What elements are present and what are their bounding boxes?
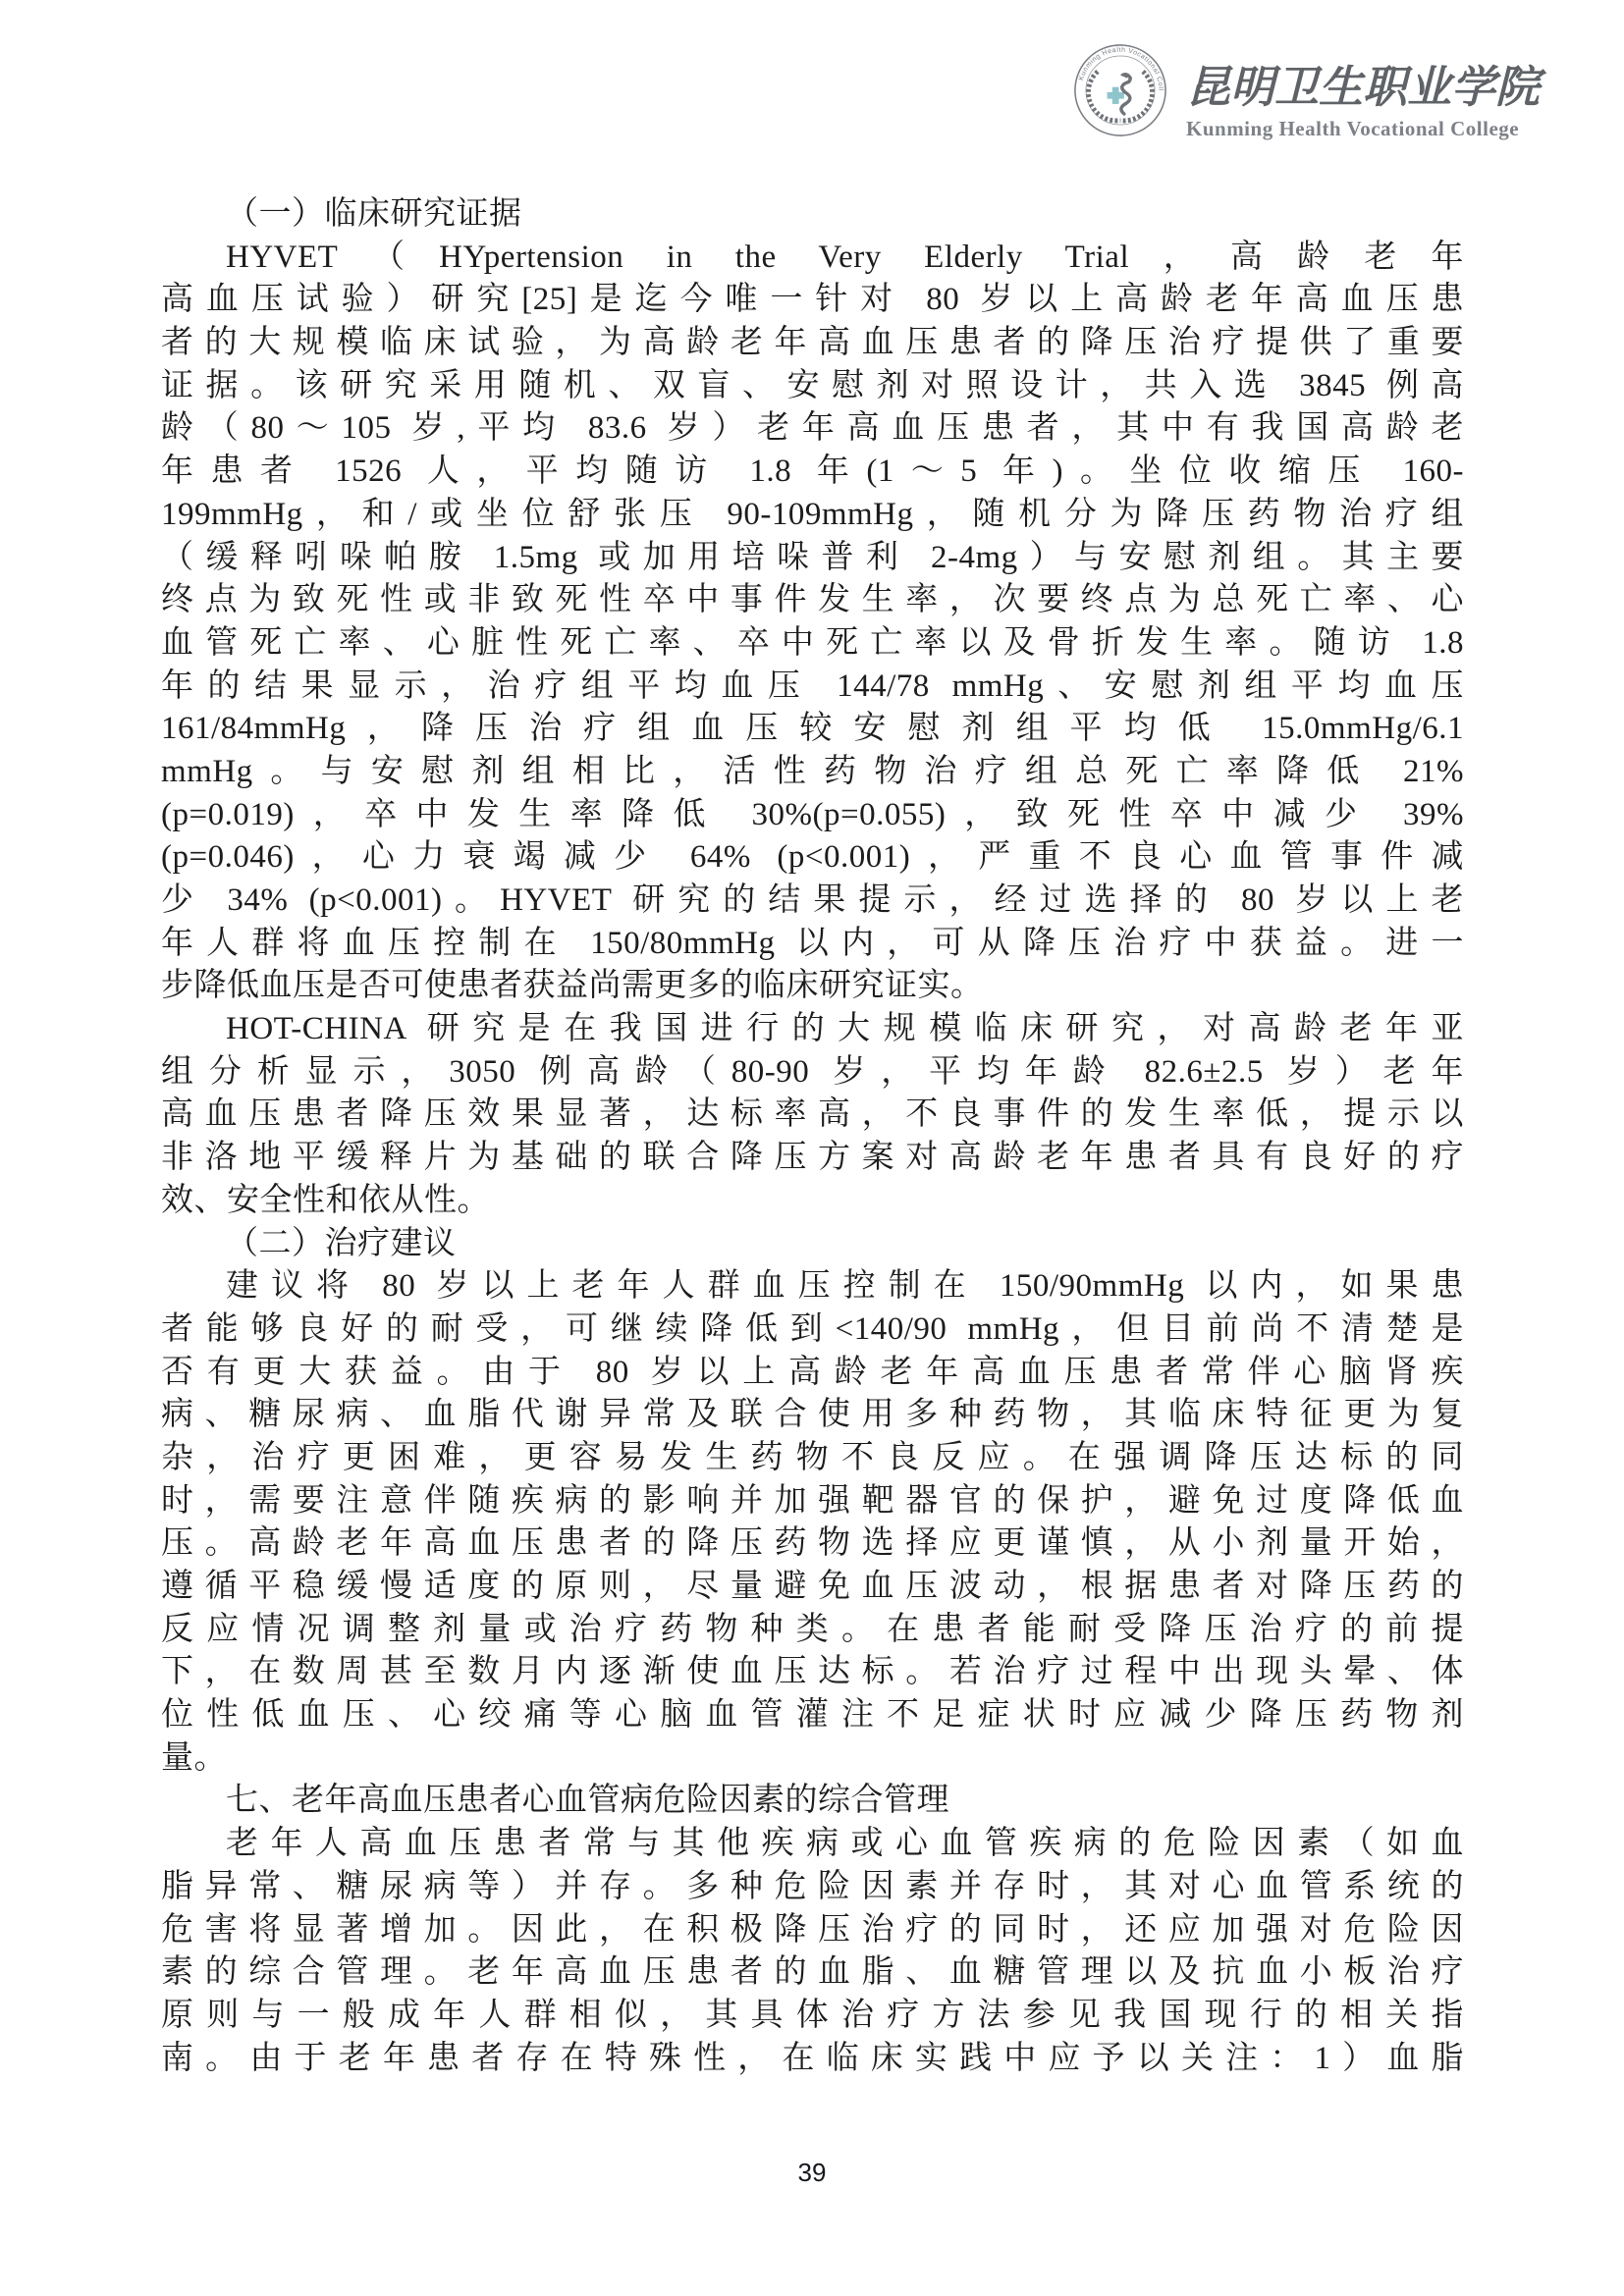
text-line: 非洛地平缓释片为基础的联合降压方案对高龄老年患者具有良好的疗 [161,1137,1464,1180]
text-line: 者的大规模临床试验，为高龄老年高血压患者的降压治疗提供了重要 [161,322,1464,365]
text-line: 组分析显示，3050 例高龄（80-90 岁，平均年龄 82.6±2.5 岁）老… [161,1051,1464,1095]
text-line: 否有更大获益。由于 80 岁以上高龄老年高血压患者常伴心脑肾疾 [161,1352,1464,1395]
text-line: 南。由于老年患者存在特殊性，在临床实践中应予以关注：1）血脂 [161,2038,1464,2081]
text-line: 危害将显著增加。因此，在积极降压治疗的同时，还应加强对危险因 [161,1909,1464,1952]
text-line: 效、安全性和依从性。 [161,1180,1464,1223]
text-line: 年的结果显示，治疗组平均血压 144/78 mmHg、安慰剂组平均血压 [161,666,1464,709]
text-line: 年人群将血压控制在 150/80mmHg 以内，可从降压治疗中获益。进一 [161,923,1464,966]
text-line: HOT-CHINA 研究是在我国进行的大规模临床研究，对高龄老年亚 [161,1008,1464,1051]
text-line: 压。高龄老年高血压患者的降压药物选择应更谨慎，从小剂量开始， [161,1522,1464,1566]
college-brand: 昆明卫生职业学院 Kunming Health Vocational Colle… [1186,59,1481,157]
text-line: 者能够良好的耐受，可继续降低到<140/90 mmHg，但目前尚不清楚是 [161,1308,1464,1352]
text-line: 老年人高血压患者常与其他疾病或心血管疾病的危险因素（如血 [161,1823,1464,1866]
text-line: 七、老年高血压患者心血管病危险因素的综合管理 [161,1780,1464,1823]
text-line: 血管死亡率、心脏性死亡率、卒中死亡率以及骨折发生率。随访 1.8 [161,622,1464,666]
text-line: 下，在数周甚至数月内逐渐使血压达标。若治疗过程中出现头晕、体 [161,1651,1464,1694]
document-page: Kunming Health Vocational College 昆明卫生职业… [0,0,1624,2296]
text-line: (p=0.046)，心力衰竭减少 64% (p<0.001)，严重不良心血管事件… [161,836,1464,880]
text-line: (p=0.019)，卒中发生率降低 30%(p=0.055)，致死性卒中减少 3… [161,794,1464,837]
text-line: 高血压患者降压效果显著，达标率高，不良事件的发生率低，提示以 [161,1094,1464,1137]
text-line: 161/84mmHg，降压治疗组血压较安慰剂组平均低 15.0mmHg/6.1 [161,708,1464,751]
text-line: 量。 [161,1737,1464,1781]
text-line: （二）治疗建议 [161,1223,1464,1266]
page-number: 39 [0,2158,1624,2188]
text-line: 建议将 80 岁以上老年人群血压控制在 150/90mmHg 以内，如果患 [161,1265,1464,1308]
text-line: 遵循平稳缓慢适度的原则，尽量避免血压波动，根据患者对降压药的 [161,1566,1464,1609]
college-name-zh: 昆明卫生职业学院 [1186,59,1477,116]
text-line: 反应情况调整剂量或治疗药物种类。在患者能耐受降压治疗的前提 [161,1609,1464,1652]
text-line: 龄（80～105 岁,平均 83.6 岁）老年高血压患者，其中有我国高龄老 [161,407,1464,451]
text-line: HYVET（HYpertension in the Very Elderly T… [161,237,1464,280]
text-line: （缓释吲哚帕胺 1.5mg 或加用培哚普利 2-4mg）与安慰剂组。其主要 [161,537,1464,580]
text-line: 脂异常、糖尿病等）并存。多种危险因素并存时，其对心血管系统的 [161,1866,1464,1909]
text-line: 证据。该研究采用随机、双盲、安慰剂对照设计，共入选 3845 例高 [161,365,1464,408]
college-name-en: Kunming Health Vocational College [1186,117,1477,141]
document-text: （一）临床研究证据HYVET（HYpertension in the Very … [161,193,1464,2080]
text-line: 高血压试验）研究[25]是迄今唯一针对 80 岁以上高龄老年高血压患 [161,279,1464,322]
text-line: 杂，治疗更困难，更容易发生药物不良反应。在强调降压达标的同 [161,1437,1464,1480]
text-line: 199mmHg，和/或坐位舒张压 90-109mmHg，随机分为降压药物治疗组 [161,494,1464,537]
text-line: 时，需要注意伴随疾病的影响并加强靶器官的保护，避免过度降低血 [161,1480,1464,1523]
text-line: 年患者 1526 人，平均随访 1.8 年(1～5 年)。坐位收缩压 160- [161,451,1464,494]
text-line: 素的综合管理。老年高血压患者的血脂、血糖管理以及抗血小板治疗 [161,1951,1464,1995]
college-seal-icon: Kunming Health Vocational College [1073,43,1167,137]
text-line: 少 34% (p<0.001)。HYVET 研究的结果提示，经过选择的 80 岁… [161,880,1464,923]
text-line: 原则与一般成年人群相似，其具体治疗方法参见我国现行的相关指 [161,1995,1464,2038]
text-line: 病、糖尿病、血脂代谢异常及联合使用多种药物，其临床特征更为复 [161,1394,1464,1437]
page-header: Kunming Health Vocational College 昆明卫生职业… [0,0,1624,167]
text-line: 终点为致死性或非致死性卒中事件发生率，次要终点为总死亡率、心 [161,579,1464,622]
text-line: （一）临床研究证据 [161,193,1464,237]
text-line: 步降低血压是否可使患者获益尚需更多的临床研究证实。 [161,965,1464,1008]
text-line: mmHg。与安慰剂组相比，活性药物治疗组总死亡率降低 21% [161,751,1464,794]
text-line: 位性低血压、心绞痛等心脑血管灌注不足症状时应减少降压药物剂 [161,1694,1464,1737]
